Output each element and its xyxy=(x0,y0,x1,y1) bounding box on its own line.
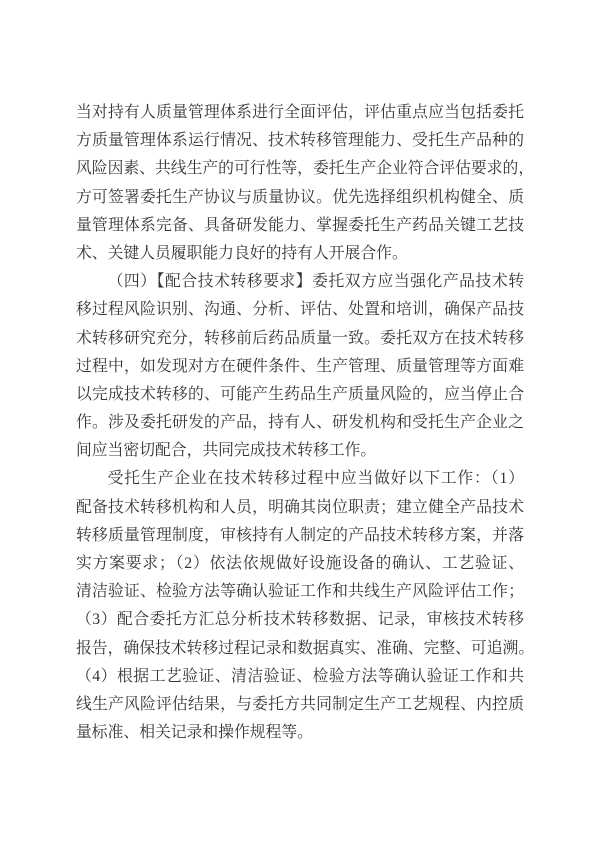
text-line-p3-l10: 量标准、相关记录和操作规程等。 xyxy=(76,719,524,747)
text-line-p3-l7: 报告，确保技术转移过程记录和数据真实、准确、完整、可追溯。 xyxy=(76,635,524,663)
text-line-p2-l1: （四）【配合技术转移要求】委托双方应当强化产品技术转 xyxy=(76,268,524,296)
text-line-p1-l6: 术、关键人员履职能力良好的持有人开展合作。 xyxy=(76,240,524,268)
document-text-block: 当对持有人质量管理体系进行全面评估，评估重点应当包括委托方质量管理体系运行情况、… xyxy=(76,99,524,747)
text-line-p3-l9: 线生产风险评估结果，与委托方共同制定生产工艺规程、内控质 xyxy=(76,691,524,719)
text-line-p3-l8: （4）根据工艺验证、清洁验证、检验方法等确认验证工作和共 xyxy=(76,663,524,691)
text-line-p2-l5: 以完成技术转移的、可能产生药品生产质量风险的，应当停止合 xyxy=(76,381,524,409)
text-line-p1-l5: 量管理体系完备、具备研发能力、掌握委托生产药品关键工艺技 xyxy=(76,212,524,240)
text-line-p3-l6: （3）配合委托方汇总分析技术转移数据、记录，审核技术转移 xyxy=(76,606,524,634)
text-line-p2-l4: 过程中，如发现对方在硬件条件、生产管理、质量管理等方面难 xyxy=(76,353,524,381)
text-line-p1-l2: 方质量管理体系运行情况、技术转移管理能力、受托生产品种的 xyxy=(76,127,524,155)
text-line-p2-l2: 移过程风险识别、沟通、分析、评估、处置和培训，确保产品技 xyxy=(76,296,524,324)
text-line-p3-l1: 受托生产企业在技术转移过程中应当做好以下工作：（1） xyxy=(76,465,524,493)
text-line-p1-l1: 当对持有人质量管理体系进行全面评估，评估重点应当包括委托 xyxy=(76,99,524,127)
text-line-p3-l3: 转移质量管理制度，审核持有人制定的产品技术转移方案，并落 xyxy=(76,522,524,550)
text-line-p3-l4: 实方案要求；（2）依法依规做好设施设备的确认、工艺验证、 xyxy=(76,550,524,578)
text-line-p1-l3: 风险因素、共线生产的可行性等，委托生产企业符合评估要求的， xyxy=(76,155,524,183)
text-line-p2-l3: 术转移研究充分，转移前后药品质量一致。委托双方在技术转移 xyxy=(76,325,524,353)
text-line-p2-l6: 作。涉及委托研发的产品，持有人、研发机构和受托生产企业之 xyxy=(76,409,524,437)
text-line-p3-l5: 清洁验证、检验方法等确认验证工作和共线生产风险评估工作； xyxy=(76,578,524,606)
text-line-p2-l7: 间应当密切配合，共同完成技术转移工作。 xyxy=(76,437,524,465)
text-line-p1-l4: 方可签署委托生产协议与质量协议。优先选择组织机构健全、质 xyxy=(76,184,524,212)
text-line-p3-l2: 配备技术转移机构和人员，明确其岗位职责；建立健全产品技术 xyxy=(76,494,524,522)
document-page: 当对持有人质量管理体系进行全面评估，评估重点应当包括委托方质量管理体系运行情况、… xyxy=(0,0,600,848)
